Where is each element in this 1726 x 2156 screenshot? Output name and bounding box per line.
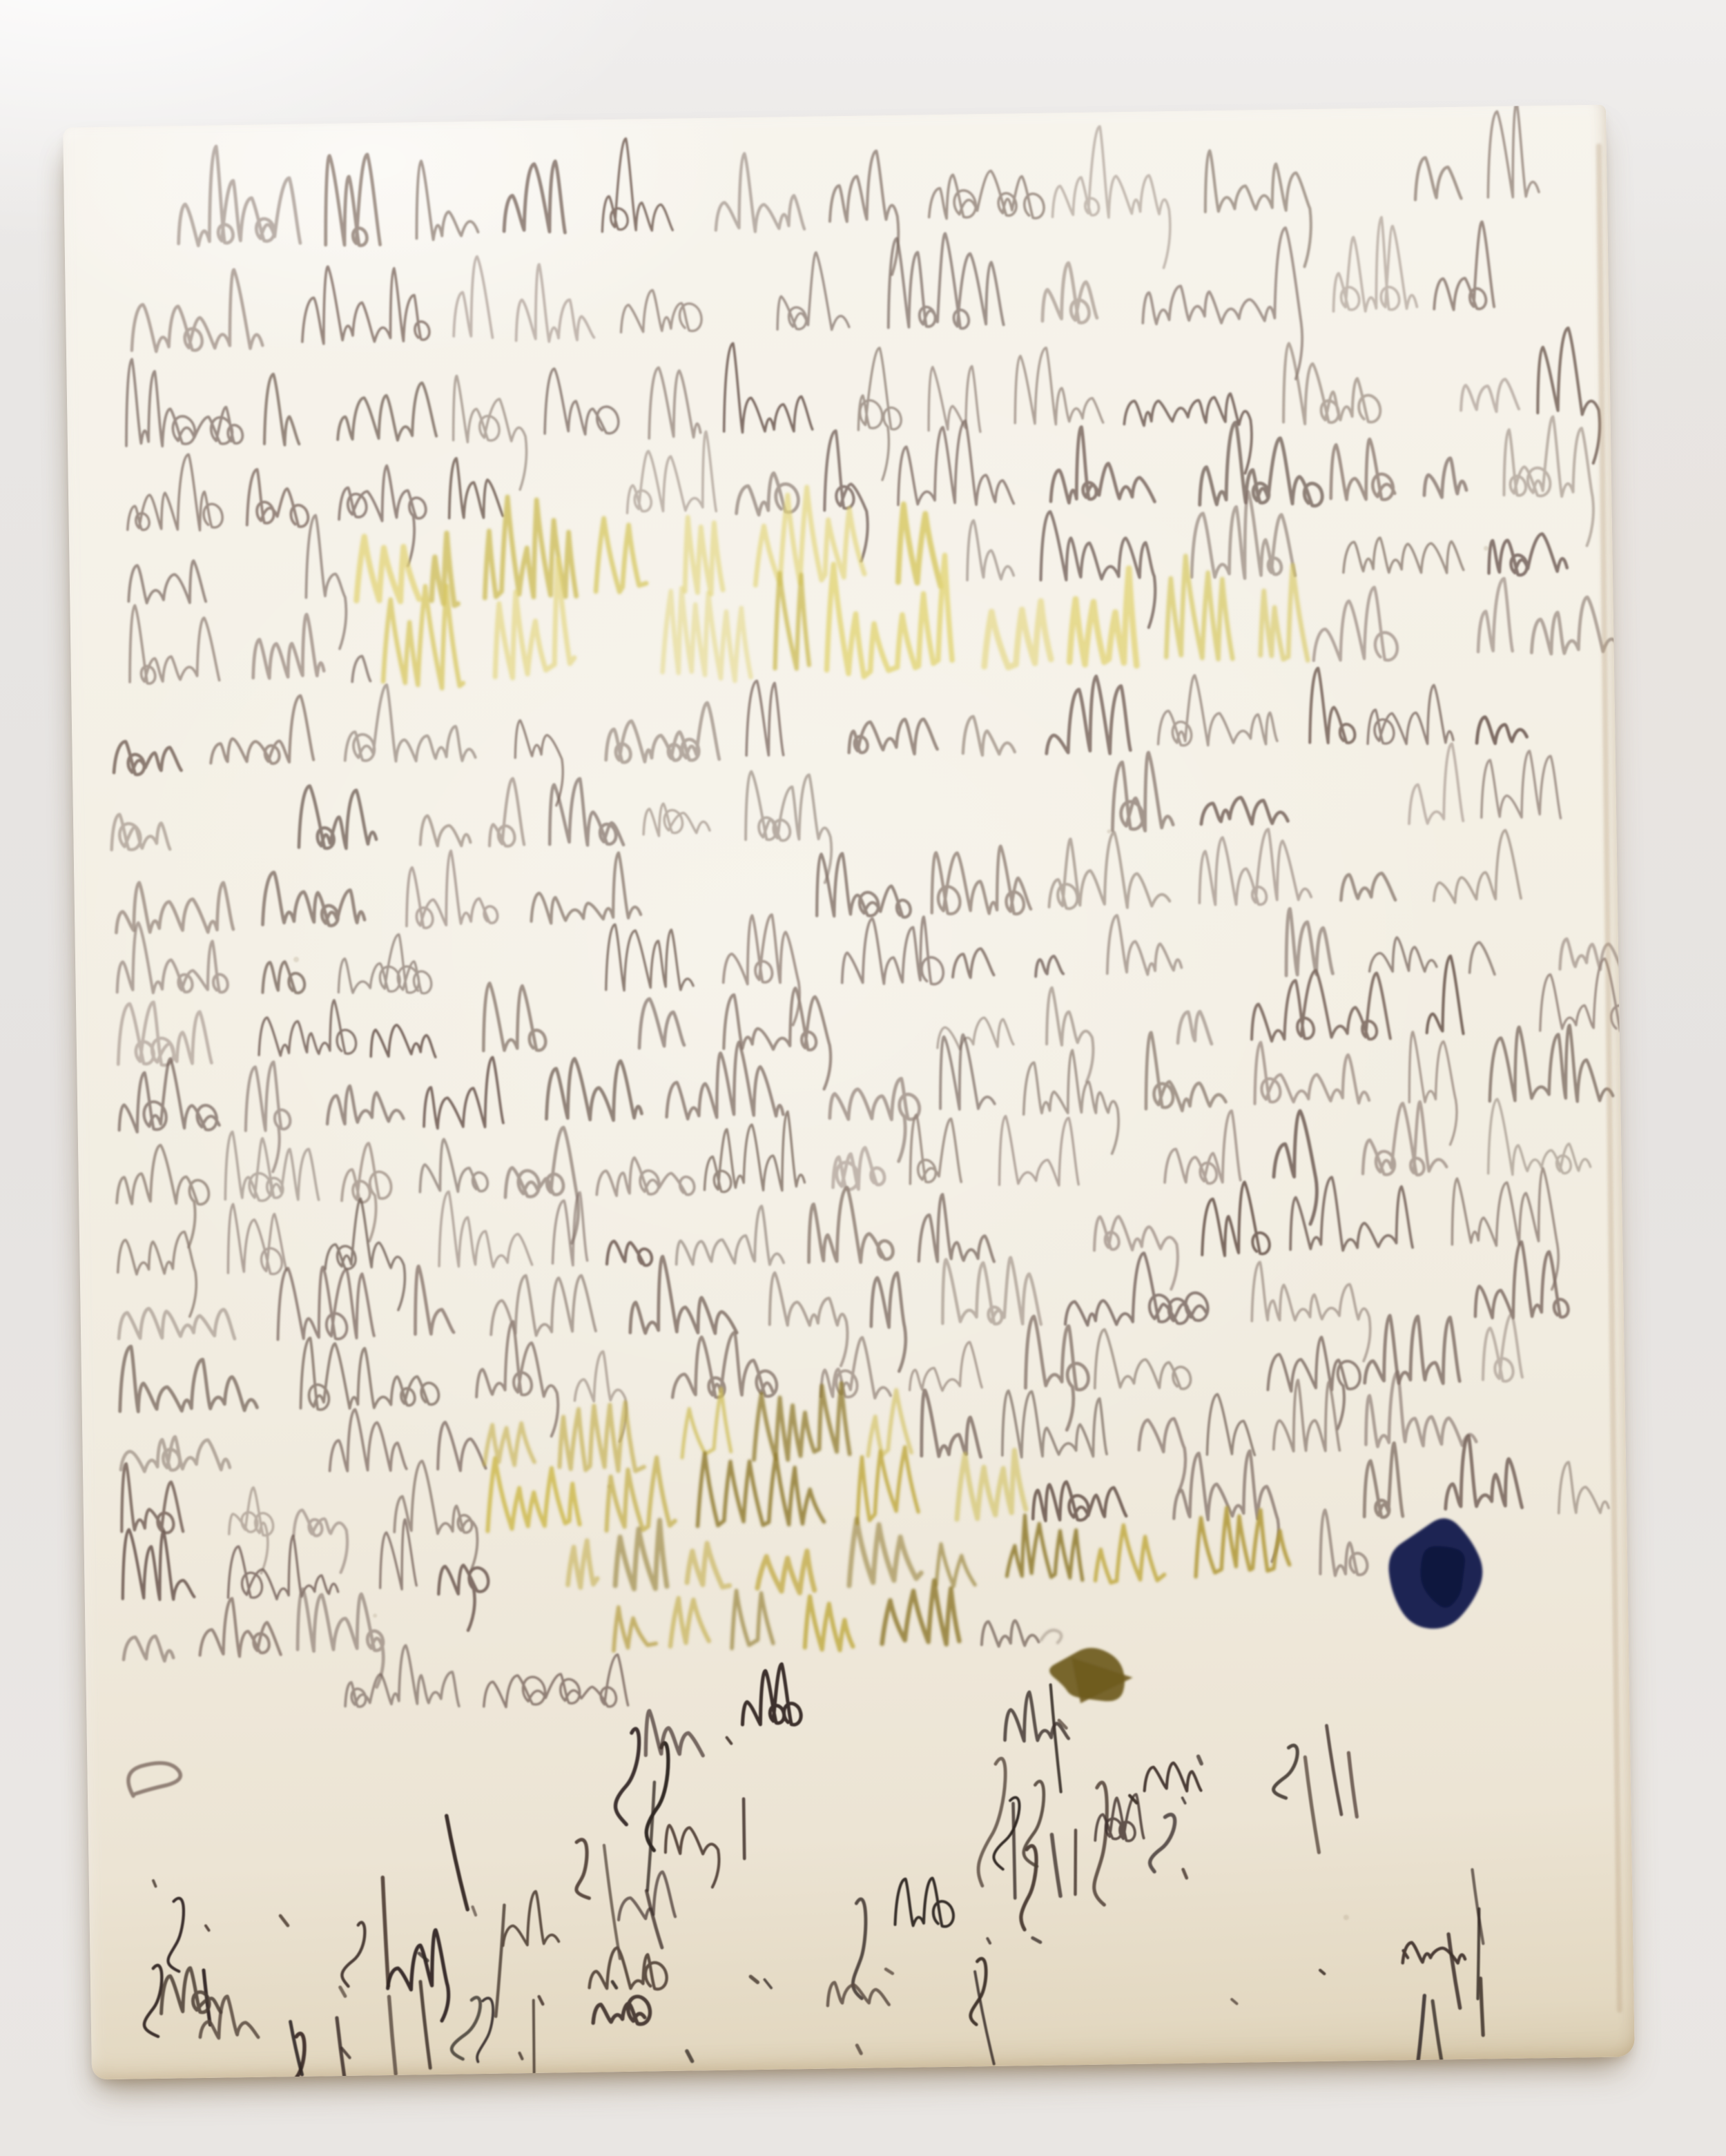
scribble-word	[757, 1551, 814, 1594]
dark-ink-script-group	[139, 1653, 1485, 2079]
scribble-word	[595, 518, 647, 592]
scribble-word	[605, 923, 693, 991]
scribble-word	[448, 458, 503, 518]
paper-speck	[293, 957, 299, 962]
scribble-word	[1138, 1419, 1186, 1492]
dark-scribble	[727, 1738, 732, 1744]
dark-scribble	[337, 2018, 347, 2080]
dark-scribble	[1150, 1814, 1176, 1872]
dark-scribble	[291, 2021, 302, 2075]
scribble-word	[227, 1203, 287, 1274]
scribble-word	[722, 914, 800, 1026]
scribble-word	[920, 1390, 980, 1458]
scribble-word	[1051, 126, 1171, 270]
scribble-word	[841, 917, 943, 986]
scribble-word	[1259, 565, 1308, 661]
scribble-word	[324, 154, 380, 246]
scribble-word	[122, 1528, 194, 1600]
dark-scribble	[1033, 1938, 1040, 1942]
scribble-word	[1267, 1337, 1361, 1430]
scribble-word	[1332, 217, 1417, 312]
scribble-word	[849, 719, 938, 755]
scribble-word	[246, 469, 309, 527]
dark-scribble	[1014, 1803, 1016, 1898]
dark-scribble	[1199, 1756, 1202, 1764]
brown-ink-script-group	[101, 105, 1635, 1939]
dark-scribble	[750, 1977, 757, 1983]
scribble-word	[897, 504, 940, 587]
scribble-word	[199, 1598, 280, 1658]
handwriting-layer	[63, 105, 1635, 2080]
dark-scribble	[612, 1981, 617, 1988]
scribble-word	[1107, 915, 1182, 975]
dark-scribble	[1320, 1970, 1324, 1974]
dark-scribble	[977, 1758, 1007, 1886]
scribble-word	[1157, 674, 1277, 746]
scribble-word	[952, 949, 993, 978]
scribble-word	[224, 1131, 319, 1201]
dark-scribble	[1074, 1830, 1076, 1894]
scribble-word	[405, 850, 497, 928]
scribble-word	[909, 1114, 961, 1184]
scribble-word	[1199, 421, 1322, 507]
scribble-word	[1486, 105, 1539, 197]
scribble-word	[1094, 1328, 1191, 1390]
scribble-word	[452, 256, 492, 338]
dark-scribble	[1232, 1999, 1237, 2003]
scribble-word	[1367, 685, 1453, 745]
scribble-word	[1254, 1041, 1369, 1105]
scribble-word	[935, 1544, 975, 1586]
scribble-word	[1364, 1314, 1460, 1384]
scribble-word	[1319, 1509, 1367, 1575]
scribble-word	[128, 604, 219, 683]
scribble-word	[483, 1655, 628, 1709]
scribble-word	[352, 656, 371, 681]
scribble-word	[503, 161, 565, 233]
scribble-word	[621, 289, 702, 332]
scribble-word	[416, 160, 478, 240]
scribble-word	[113, 741, 181, 775]
scribble-word	[1165, 556, 1232, 660]
scribble-word	[394, 1460, 478, 1572]
scribble-word	[857, 347, 902, 480]
scribble-word	[1025, 1316, 1089, 1431]
dark-scribble	[144, 1965, 163, 2037]
dark-scribble	[1273, 1745, 1299, 1798]
dark-scribble	[153, 1881, 155, 1886]
scribble-word	[1251, 969, 1390, 1041]
scribble-word	[613, 1606, 656, 1651]
scribble-word	[1032, 1481, 1126, 1521]
scribble-word	[774, 573, 809, 669]
scribble-word	[262, 871, 365, 927]
scribble-word	[1164, 1111, 1241, 1184]
scribble-word	[345, 1644, 459, 1708]
scribble-word	[909, 1342, 982, 1391]
scribble-word	[1415, 157, 1461, 200]
dark-scribble	[1480, 1979, 1483, 2035]
scribble-word	[731, 1590, 773, 1648]
dark-scribble	[1183, 1798, 1185, 1803]
scribble-word	[484, 1423, 534, 1465]
scribble-word	[605, 703, 719, 763]
scribble-word	[1503, 416, 1594, 547]
scribble-word	[1558, 1461, 1609, 1513]
scribble-word	[918, 1194, 993, 1263]
scribble-word	[820, 1337, 891, 1399]
scribble-word	[116, 922, 228, 994]
scribble-word	[356, 536, 419, 602]
scribble-word	[552, 1192, 588, 1265]
scribble-word	[686, 1543, 729, 1588]
scribble-word	[1482, 1314, 1522, 1381]
scribble-word	[829, 1078, 920, 1163]
scribble-word	[1433, 830, 1521, 903]
scribble-word	[301, 265, 429, 344]
dark-scribble	[539, 1997, 543, 2004]
scribble-word	[177, 145, 300, 246]
scribble-word	[849, 1518, 922, 1586]
scribble-word	[382, 585, 463, 689]
scribble-word	[117, 1232, 197, 1318]
scribble-word	[597, 1157, 695, 1196]
scribble-word	[1539, 958, 1632, 1033]
scribble-word	[125, 358, 242, 447]
scribble-word	[298, 785, 377, 849]
scribble-word	[1068, 568, 1136, 667]
dark-scribble	[741, 1664, 801, 1725]
scribble-word	[715, 153, 804, 232]
scribble-word	[419, 1138, 487, 1192]
scribble-word	[704, 1111, 805, 1192]
dark-scribble	[389, 1997, 396, 2074]
scribble-word	[1309, 668, 1355, 744]
scribble-word	[121, 1463, 183, 1533]
scribble-word	[804, 1596, 853, 1651]
dark-scribble	[161, 1968, 221, 2014]
scribble-word	[544, 368, 619, 435]
scribble-word	[118, 1058, 220, 1132]
scribble-word	[1251, 1261, 1370, 1363]
dark-scribble	[340, 1987, 345, 1996]
dark-scribble	[420, 1981, 430, 2068]
ink-blots-group	[1039, 1518, 1484, 1704]
scribble-word	[559, 1402, 644, 1472]
scribble-word	[119, 1308, 235, 1341]
dark-scribble	[447, 1816, 467, 1910]
scribble-word	[1364, 1443, 1403, 1517]
scribble-word	[1273, 1111, 1318, 1225]
dark-scribble	[604, 1845, 620, 1959]
scribble-word	[1369, 937, 1437, 972]
scribble-word	[1177, 1011, 1212, 1045]
scribble-word	[833, 1147, 885, 1189]
scribble-word	[438, 1190, 532, 1268]
scribble-word	[1362, 1101, 1447, 1176]
scribble-word	[939, 1034, 994, 1109]
scribble-word	[856, 1447, 918, 1524]
dark-scribble	[1348, 1753, 1357, 1817]
dark-scribble	[857, 2046, 861, 2054]
scribble-word	[263, 373, 299, 445]
scribble-word	[327, 1085, 403, 1125]
dark-scribble	[589, 1947, 667, 1990]
scribble-word	[1330, 439, 1395, 501]
scribble-word	[117, 1001, 211, 1065]
scribble-word	[530, 853, 641, 924]
scribble-word	[967, 520, 1014, 580]
dark-scribble	[993, 1798, 1020, 1869]
scribble-word	[648, 367, 701, 438]
scribble-word	[697, 1451, 824, 1526]
scribble-word	[1480, 750, 1560, 819]
paper-speck	[1344, 1914, 1349, 1920]
scribble-word	[277, 1266, 374, 1340]
scribble-word	[423, 1057, 503, 1128]
scribble-word	[887, 233, 1004, 329]
scribble-word	[1487, 1098, 1591, 1175]
photo-asemic-manuscript: Photograph of a small rectangular sheet …	[0, 0, 1726, 2156]
scribble-word	[568, 1540, 598, 1587]
scribble-word	[124, 1636, 174, 1662]
scribble-word	[549, 778, 623, 846]
scribble-word	[1272, 1379, 1339, 1452]
scribble-word	[1282, 342, 1380, 424]
scribble-word	[545, 1058, 641, 1121]
scribble-word	[1206, 1394, 1254, 1456]
dark-scribble	[451, 1997, 481, 2059]
dark-scribble	[502, 1891, 559, 1945]
scribble-word	[998, 1115, 1078, 1186]
scribble-word	[300, 1336, 439, 1410]
scribble-word	[252, 614, 324, 679]
scribble-word	[1469, 942, 1495, 975]
scribble-word	[614, 1520, 667, 1589]
dark-scribble	[614, 1729, 641, 1825]
dark-scribble	[593, 1997, 650, 2025]
dark-scribble	[387, 1930, 449, 2021]
dark-scribble	[167, 1898, 184, 1972]
dark-scribble	[1092, 1783, 1108, 1905]
scribble-word	[983, 601, 1051, 668]
scribble-word	[681, 1388, 731, 1457]
scribble-word	[643, 803, 710, 836]
scribble-word	[1065, 1252, 1208, 1325]
scribble-word	[515, 264, 594, 342]
scribble-word	[371, 1024, 436, 1058]
scribble-word	[414, 1265, 454, 1334]
scribble-word	[897, 420, 1014, 505]
scribble-word	[1433, 222, 1494, 310]
scribble-word	[769, 1272, 848, 1367]
scribble-word	[487, 1457, 580, 1531]
scribble-word	[1477, 717, 1527, 744]
dark-scribble	[206, 1925, 209, 1930]
scribble-word	[1001, 1389, 1107, 1457]
paper-speck	[1107, 829, 1111, 833]
dark-scribble	[576, 1840, 590, 1898]
scribble-word	[1408, 744, 1463, 824]
dark-scribble	[645, 1710, 703, 1756]
dark-scribble	[382, 1877, 388, 1985]
scribble-word	[1036, 956, 1063, 977]
scribble-word	[601, 138, 672, 232]
scribble-word	[483, 496, 576, 598]
scribble-word	[626, 431, 717, 513]
scribble-word	[115, 882, 233, 934]
scribble-word	[672, 1332, 777, 1398]
scribble-word	[297, 1588, 384, 1689]
scribble-word	[1040, 510, 1156, 629]
dark-scribble	[886, 1969, 893, 1974]
scribble-word	[1045, 676, 1130, 755]
dark-scribble	[665, 1825, 719, 1888]
scribble-word	[808, 1187, 893, 1263]
scribble-word	[1141, 228, 1303, 382]
scribble-word	[1006, 1515, 1083, 1582]
scribble-word	[942, 1257, 1041, 1326]
scribble-word	[119, 1345, 257, 1412]
scribble-word	[293, 1509, 348, 1573]
paper-sheet	[63, 105, 1635, 2080]
dark-scribble	[280, 1916, 288, 1925]
scribble-word	[490, 1274, 596, 1336]
scribble-word	[1190, 491, 1295, 579]
scribble-word	[607, 1241, 652, 1266]
dark-scribble	[1402, 1942, 1465, 1964]
scribble-word	[1145, 1031, 1225, 1111]
scribble-word	[981, 1620, 1038, 1647]
scribble-word	[956, 1450, 1026, 1519]
paper-speck	[373, 1613, 377, 1618]
scribble-word	[1112, 752, 1173, 831]
scribble-word	[746, 681, 784, 756]
scribble-word	[120, 1436, 230, 1472]
scribble-word	[452, 375, 527, 491]
scribble-word	[258, 1000, 356, 1056]
scribble-word	[1460, 379, 1519, 412]
dark-scribble	[687, 2051, 692, 2061]
dark-scribble	[1417, 1996, 1425, 2062]
scribble-word	[1343, 536, 1464, 574]
scribble-word	[210, 695, 313, 764]
scribble-word	[1201, 797, 1288, 824]
paper-speck	[1484, 546, 1489, 551]
scribble-word	[639, 998, 684, 1048]
dark-scribble	[1022, 1781, 1045, 1867]
dark-scribble	[519, 2053, 522, 2059]
scribble-word	[438, 1565, 489, 1631]
scribble-word	[111, 814, 170, 851]
scribble-word	[1205, 149, 1312, 268]
scribble-word	[1199, 828, 1311, 905]
dark-scribble	[1051, 1834, 1060, 1896]
scribble-word	[881, 1580, 959, 1645]
scribble-word	[329, 1408, 406, 1471]
scribble-word	[1286, 908, 1333, 975]
scribble-word	[476, 1321, 559, 1437]
scribble-word	[1341, 873, 1395, 901]
dark-scribble	[895, 1878, 954, 1927]
scribble-word	[1474, 1241, 1568, 1319]
scribble-word	[227, 1535, 338, 1600]
scribble-word	[684, 517, 724, 594]
scribble-word	[437, 1421, 485, 1470]
scribble-word	[723, 342, 813, 433]
scribble-word	[661, 587, 751, 682]
scribble-word	[666, 1042, 783, 1120]
scribble-word	[1042, 262, 1097, 323]
scribble-word	[1014, 347, 1103, 425]
scribble-word	[928, 366, 980, 432]
dark-scribble	[1144, 1762, 1201, 1791]
scribble-word	[723, 987, 831, 1090]
scribble-word	[1022, 1049, 1118, 1155]
scribble-word	[128, 561, 206, 603]
dark-scribble	[1326, 1725, 1341, 1814]
scribble-word	[871, 1273, 906, 1372]
scribble-word	[1290, 1176, 1413, 1252]
scribble-word	[629, 1255, 737, 1334]
scribble-word	[126, 454, 222, 532]
scribble-word	[1424, 458, 1466, 497]
dark-scribble	[1020, 1846, 1037, 1930]
scribble-word	[962, 716, 1015, 755]
dark-scribble	[1305, 1757, 1319, 1852]
faint-tick-mark	[1041, 1630, 1062, 1643]
scribble-word	[1312, 587, 1397, 661]
scribble-word	[489, 778, 525, 846]
dark-scribble	[341, 1923, 365, 1987]
dark-scribble	[1183, 1869, 1187, 1878]
scribble-word	[754, 486, 864, 585]
scribble-word	[937, 1018, 1014, 1050]
scribble-word	[116, 1145, 209, 1248]
dark-scribble	[1005, 1691, 1069, 1741]
scribble-word	[337, 382, 436, 441]
scribble-word	[130, 269, 262, 352]
scribble-word	[262, 962, 304, 993]
dark-scribble	[764, 1979, 771, 1988]
dark-scribble	[1448, 1934, 1460, 2008]
scribble-word	[1536, 327, 1600, 464]
scribble-word	[828, 150, 899, 275]
scribble-word	[1489, 534, 1567, 576]
scribble-word	[1124, 394, 1252, 475]
scribble-word	[1426, 955, 1463, 1034]
dark-scribble	[533, 2000, 535, 2079]
scribble-word	[1094, 1524, 1164, 1582]
scribble-word	[229, 1487, 274, 1573]
scribble-word	[675, 1206, 784, 1266]
scribble-word	[344, 683, 475, 762]
scribble-word	[670, 1597, 709, 1646]
dark-scribble	[473, 1907, 476, 1915]
scribble-word	[1489, 1024, 1613, 1103]
dark-scribble	[987, 1939, 990, 1943]
dark-scribble	[744, 1799, 744, 1858]
scribble-word	[1477, 579, 1512, 652]
scribble-word	[929, 170, 1045, 220]
dark-scribble	[494, 1905, 506, 2017]
scribble-word	[1049, 426, 1154, 503]
scribble-word	[420, 815, 470, 846]
loop-mark	[128, 1762, 181, 1796]
scribble-word	[931, 846, 1031, 915]
scribble-word	[1048, 831, 1170, 909]
scribble-word	[483, 982, 546, 1051]
